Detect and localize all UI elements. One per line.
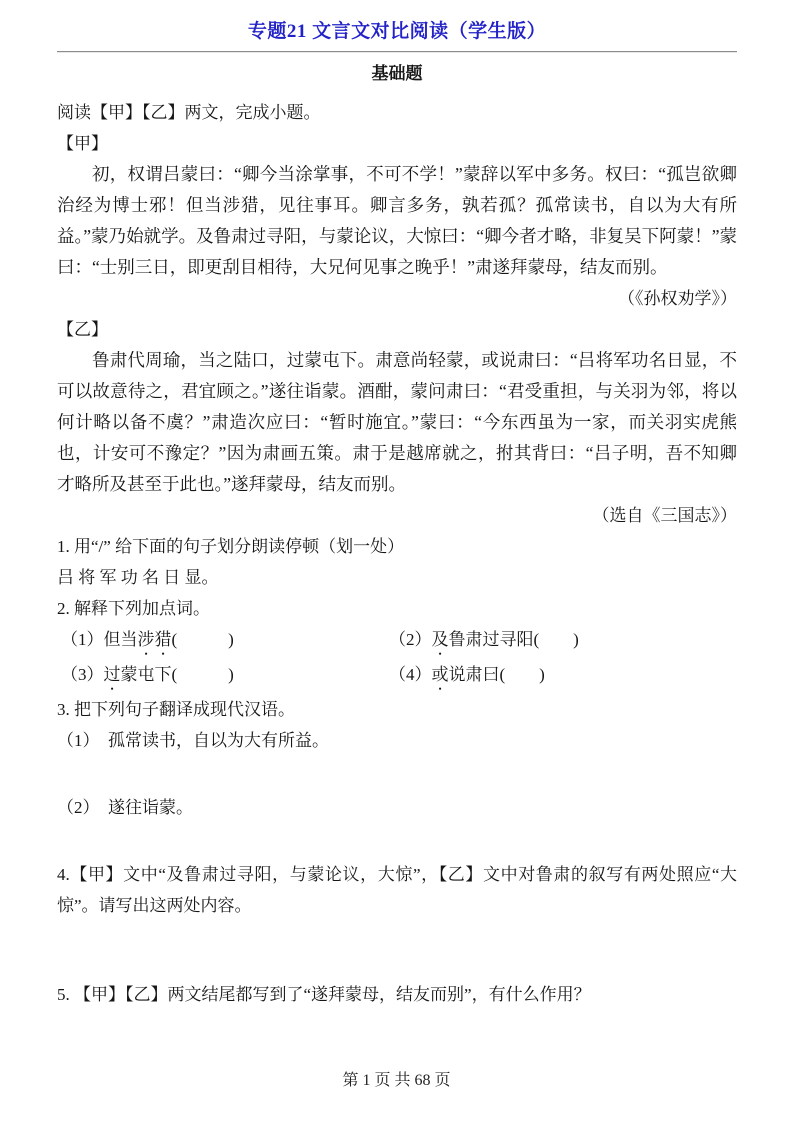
title-divider bbox=[57, 51, 737, 53]
question-2-items: （1）但当涉猎( ) （2）及鲁肃过寻阳( ) （3）过蒙屯下( ) （4）或说… bbox=[57, 624, 737, 694]
passage-jia-source: （《孙权劝学》） bbox=[57, 283, 737, 314]
q2-item-4-dotted-word: 或 bbox=[432, 665, 449, 684]
q2-item-1: （1）但当涉猎( ) bbox=[57, 624, 385, 659]
intro-text: 阅读【甲】【乙】两文，完成小题。 bbox=[57, 97, 737, 128]
passage-yi-label: 【乙】 bbox=[57, 314, 737, 345]
q2-item-3-post: 蒙屯下( ) bbox=[121, 665, 234, 684]
q2-item-4: （4）或说肃曰( ) bbox=[385, 659, 737, 694]
q2-item-2-pre: （2） bbox=[389, 630, 432, 649]
q2-item-3: （3）过蒙屯下( ) bbox=[57, 659, 385, 694]
q2-item-1-post: ( ) bbox=[172, 630, 234, 649]
passage-jia-text: 初，权谓吕蒙曰：“卿今当涂掌事，不可不学！”蒙辞以军中多务。权曰：“孤岂欲卿治经… bbox=[57, 159, 737, 283]
question-3-sentence-2: （2） 遂往诣蒙。 bbox=[57, 792, 737, 823]
question-1-sentence: 吕 将 军 功 名 日 显。 bbox=[57, 562, 737, 593]
q2-item-4-post: 说肃曰( ) bbox=[449, 665, 545, 684]
question-4-text: 4.【甲】文中“及鲁肃过寻阳，与蒙论议，大惊”，【乙】文中对鲁肃的叙写有两处照应… bbox=[57, 859, 737, 921]
document-title: 专题21 文言文对比阅读（学生版） bbox=[57, 20, 737, 44]
question-5-text: 5. 【甲】【乙】两文结尾都写到了“遂拜蒙母，结友而别”，有什么作用？ bbox=[57, 979, 737, 1010]
q2-item-2: （2）及鲁肃过寻阳( ) bbox=[385, 624, 737, 659]
document-page: 专题21 文言文对比阅读（学生版） 基础题 阅读【甲】【乙】两文，完成小题。 【… bbox=[0, 0, 793, 1122]
q2-item-3-dotted-word: 过 bbox=[104, 665, 121, 684]
q2-item-2-dotted-word: 及 bbox=[432, 630, 449, 649]
q2-item-2-post: 鲁肃过寻阳( ) bbox=[449, 630, 579, 649]
page-content: 专题21 文言文对比阅读（学生版） 基础题 阅读【甲】【乙】两文，完成小题。 【… bbox=[0, 0, 793, 1010]
passage-yi-text: 鲁肃代周瑜，当之陆口，过蒙屯下。肃意尚轻蒙，或说肃曰：“吕将军功名日显，不可以故… bbox=[57, 345, 737, 500]
section-heading: 基础题 bbox=[57, 62, 737, 86]
q2-item-3-pre: （3） bbox=[61, 665, 104, 684]
passage-yi-source: （选自《三国志》） bbox=[57, 500, 737, 531]
passage-jia-label: 【甲】 bbox=[57, 128, 737, 159]
question-2-stem: 2. 解释下列加点词。 bbox=[57, 593, 737, 624]
question-1-stem: 1. 用“/” 给下面的句子划分朗读停顿（划一处） bbox=[57, 531, 737, 562]
page-number-footer: 第 1 页 共 68 页 bbox=[0, 1071, 793, 1091]
question-3-stem: 3. 把下列句子翻译成现代汉语。 bbox=[57, 694, 737, 725]
q2-item-1-dotted-word: 涉猎 bbox=[138, 630, 172, 649]
q2-item-4-pre: （4） bbox=[389, 665, 432, 684]
question-3-sentence-1: （1） 孤常读书，自以为大有所益。 bbox=[57, 725, 737, 756]
q2-item-1-pre: （1）但当 bbox=[61, 630, 138, 649]
